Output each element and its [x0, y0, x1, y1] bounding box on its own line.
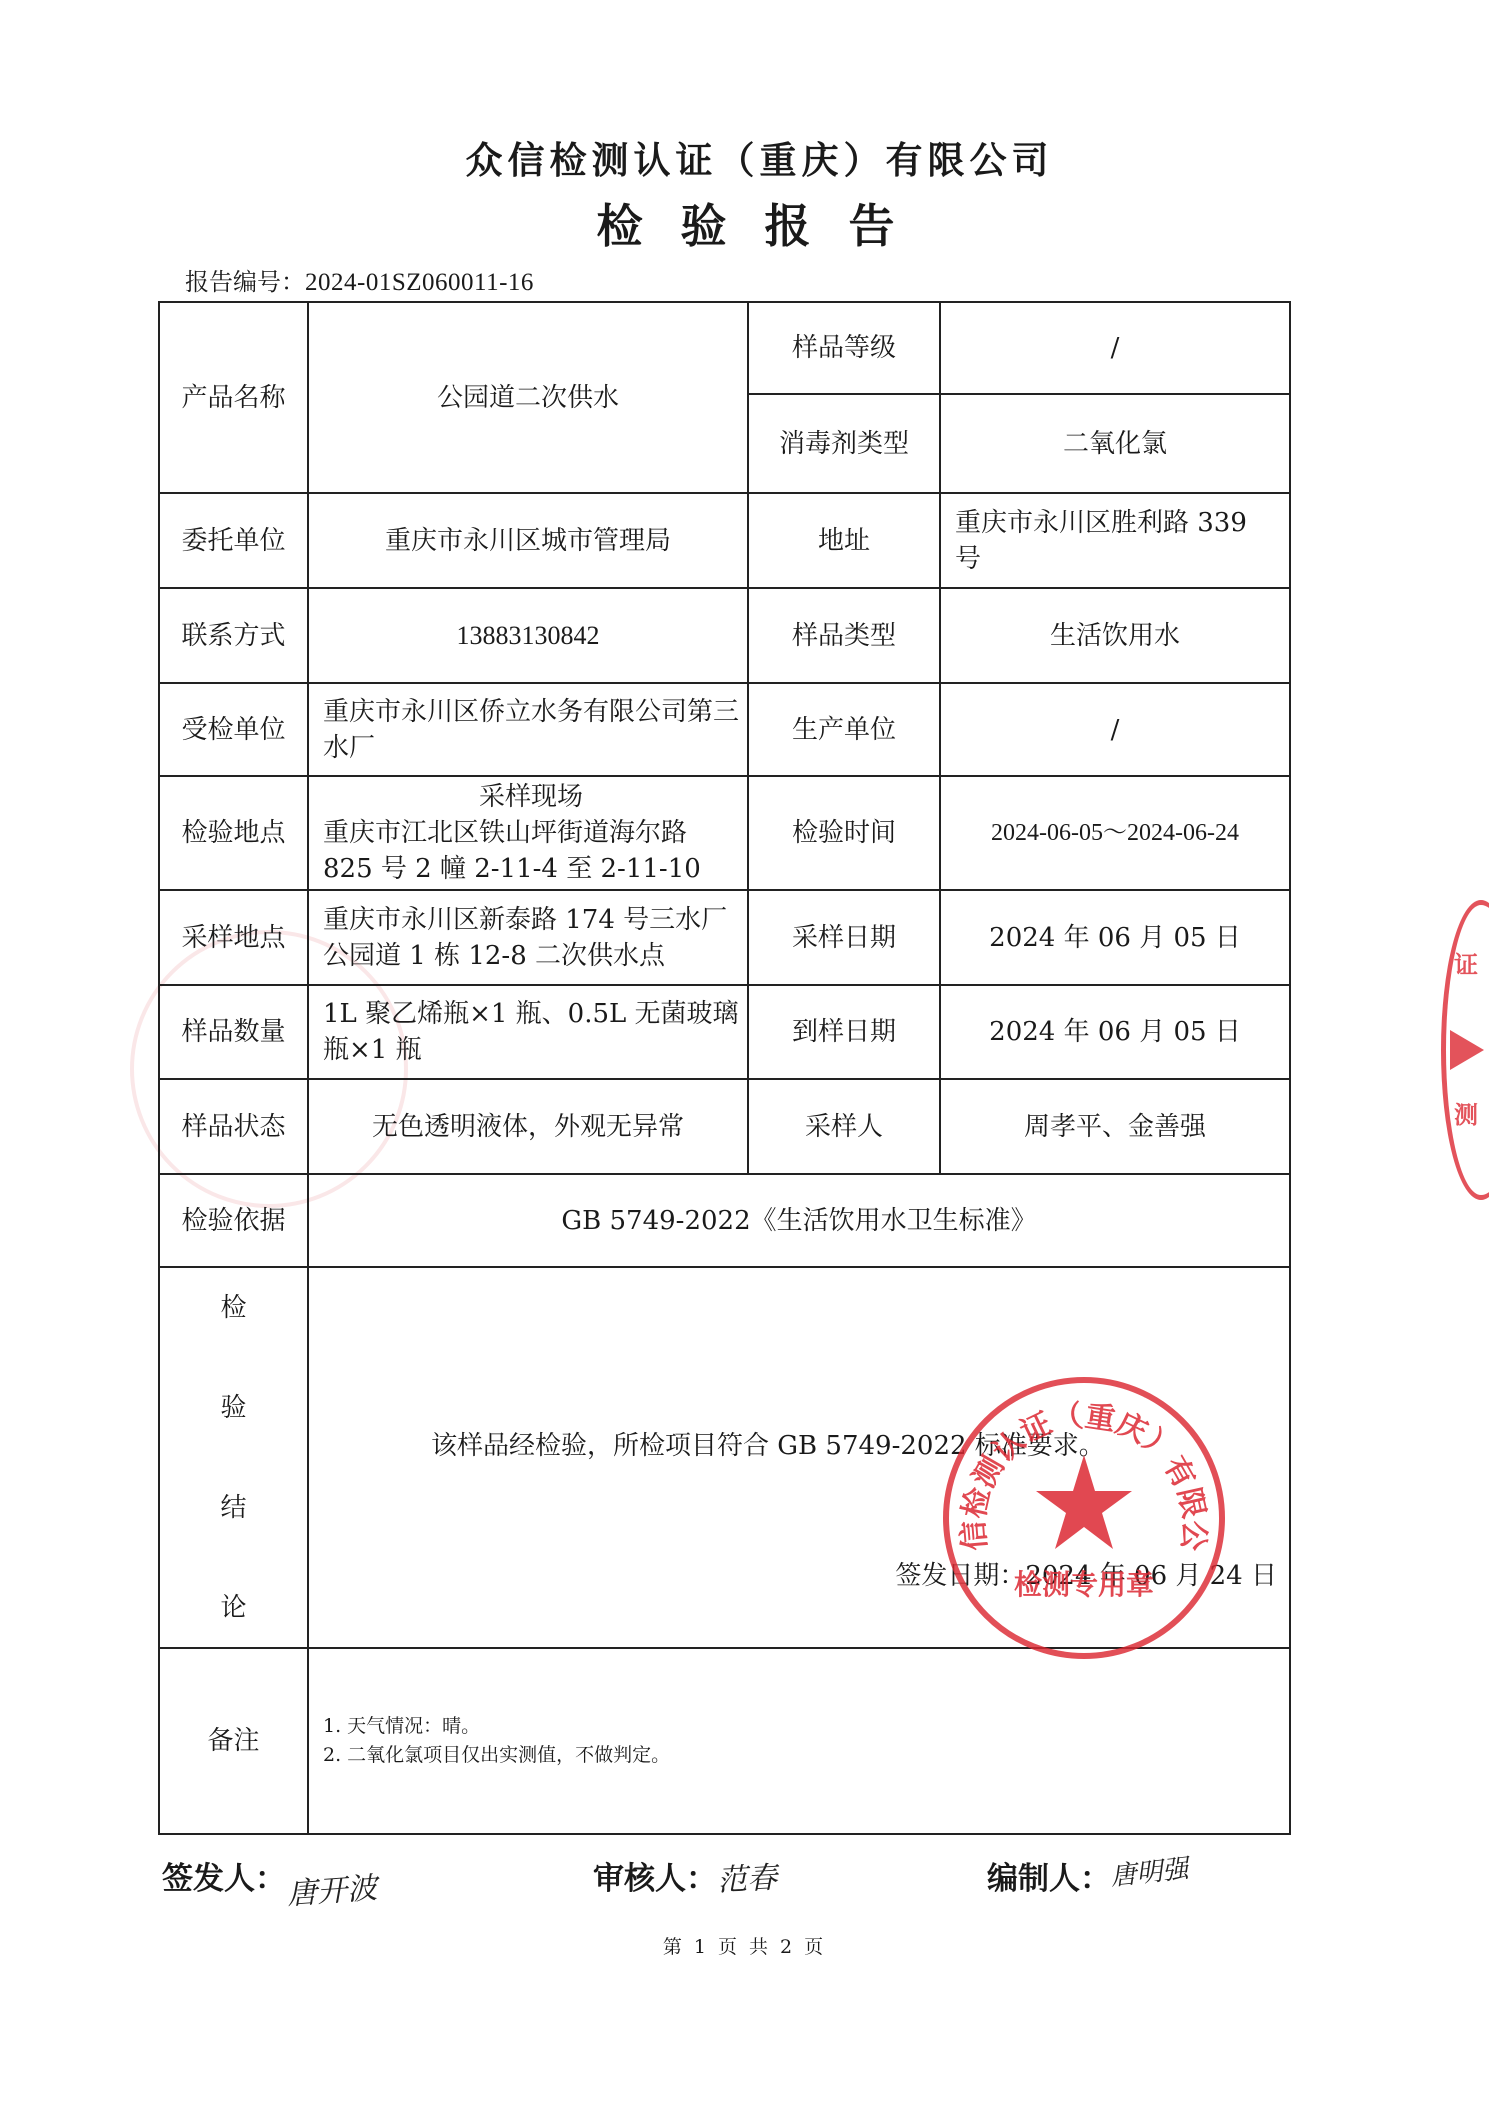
- conclusion-text: 该样品经检验，所检项目符合 GB 5749-2022 标准要求。: [431, 1428, 1105, 1464]
- sample-qty-value: 1L 聚乙烯瓶×1 瓶、0.5L 无菌玻璃瓶×1 瓶: [308, 985, 748, 1079]
- test-location-label: 检验地点: [159, 776, 308, 890]
- preparer-signature: 编制人：唐明强: [987, 1853, 1189, 1898]
- client-value: 重庆市永川区城市管理局: [308, 493, 748, 588]
- arrival-date-label: 到样日期: [748, 985, 940, 1079]
- conclusion-label-char: 验: [220, 1390, 246, 1426]
- address-value: 重庆市永川区胜利路 339 号: [940, 493, 1290, 588]
- test-time-value: 2024-06-05～2024-06-24: [940, 776, 1290, 890]
- sample-type-label: 样品类型: [748, 588, 940, 683]
- sampling-location-value: 重庆市永川区新泰路 174 号三水厂公园道 1 栋 12-8 二次供水点: [308, 890, 748, 985]
- product-name-value: 公园道二次供水: [308, 302, 748, 493]
- star-fragment-icon: [1450, 1030, 1484, 1070]
- sample-state-label: 样品状态: [159, 1079, 308, 1174]
- page-indicator: 第 1 页 共 2 页: [0, 1932, 1489, 1959]
- sample-grade-value: /: [940, 302, 1290, 394]
- test-location-value: 采样现场 重庆市江北区铁山坪街道海尔路 825 号 2 幢 2-11-4 至 2…: [308, 776, 748, 890]
- sample-grade-label: 样品等级: [748, 302, 940, 394]
- producer-value: /: [940, 683, 1290, 776]
- sampling-date-label: 采样日期: [748, 890, 940, 985]
- contact-value: 13883130842: [308, 588, 748, 683]
- report-number: 报告编号：2024-01SZ060011-16: [185, 262, 534, 297]
- issuer-signature-name: 唐开波: [285, 1863, 378, 1913]
- inspected-unit-value: 重庆市永川区侨立水务有限公司第三水厂: [308, 683, 748, 776]
- conclusion-label-char: 结: [220, 1490, 246, 1526]
- conclusion-label: 检 验 结 论: [159, 1267, 308, 1648]
- preparer-label: 编制人：: [987, 1861, 1111, 1897]
- preparer-signature-name: 唐明强: [1108, 1848, 1189, 1893]
- product-name-label: 产品名称: [159, 302, 308, 493]
- client-label: 委托单位: [159, 493, 308, 588]
- sampling-date-value: 2024 年 06 月 05 日: [940, 890, 1290, 985]
- reviewer-signature: 审核人：范春: [593, 1853, 777, 1898]
- reviewer-label: 审核人：: [593, 1861, 717, 1897]
- arrival-date-value: 2024 年 06 月 05 日: [940, 985, 1290, 1079]
- edge-seal: 证 测: [1441, 900, 1489, 1200]
- conclusion-cell: 该样品经检验，所检项目符合 GB 5749-2022 标准要求。 签发日期：20…: [308, 1267, 1290, 1648]
- edge-seal-char: 证: [1454, 945, 1478, 980]
- edge-seal-char: 测: [1454, 1095, 1478, 1130]
- company-name: 众信检测认证（重庆）有限公司: [0, 130, 1489, 184]
- report-title: 检验报告: [0, 190, 1489, 256]
- basis-label: 检验依据: [159, 1174, 308, 1267]
- reviewer-signature-name: 范春: [716, 1852, 778, 1899]
- sampler-value: 周孝平、金善强: [940, 1079, 1290, 1174]
- report-table: 产品名称 公园道二次供水 样品等级 / 消毒剂类型 二氧化氯 委托单位 重庆市永…: [158, 301, 1291, 1835]
- conclusion-label-char: 检: [220, 1290, 246, 1326]
- inspected-unit-label: 受检单位: [159, 683, 308, 776]
- remarks-value: 1. 天气情况：晴。 2. 二氧化氯项目仅出实测值，不做判定。: [308, 1648, 1290, 1834]
- contact-label: 联系方式: [159, 588, 308, 683]
- disinfectant-value: 二氧化氯: [940, 394, 1290, 493]
- disinfectant-label: 消毒剂类型: [748, 394, 940, 493]
- test-location-line2: 重庆市江北区铁山坪街道海尔路 825 号 2 幢 2-11-4 至 2-11-1…: [323, 815, 739, 887]
- conclusion-label-char: 论: [220, 1590, 246, 1626]
- test-location-line1: 采样现场: [323, 779, 739, 815]
- sample-type-value: 生活饮用水: [940, 588, 1290, 683]
- report-number-label: 报告编号：: [185, 268, 305, 296]
- sampling-location-label: 采样地点: [159, 890, 308, 985]
- issuer-signature: 签发人：唐开波: [162, 1853, 376, 1898]
- test-time-label: 检验时间: [748, 776, 940, 890]
- sample-state-value: 无色透明液体，外观无异常: [308, 1079, 748, 1174]
- sampler-label: 采样人: [748, 1079, 940, 1174]
- sample-qty-label: 样品数量: [159, 985, 308, 1079]
- issuer-label: 签发人：: [162, 1861, 286, 1897]
- address-label: 地址: [748, 493, 940, 588]
- issue-date: 签发日期：2024 年 06 月 24 日: [895, 1558, 1277, 1594]
- report-number-value: 2024-01SZ060011-16: [305, 269, 534, 296]
- remark-item: 1. 天气情况：晴。: [323, 1712, 1281, 1741]
- remark-item: 2. 二氧化氯项目仅出实测值，不做判定。: [323, 1741, 1281, 1770]
- producer-label: 生产单位: [748, 683, 940, 776]
- basis-value: GB 5749-2022《生活饮用水卫生标准》: [308, 1174, 1290, 1267]
- remarks-label: 备注: [159, 1648, 308, 1834]
